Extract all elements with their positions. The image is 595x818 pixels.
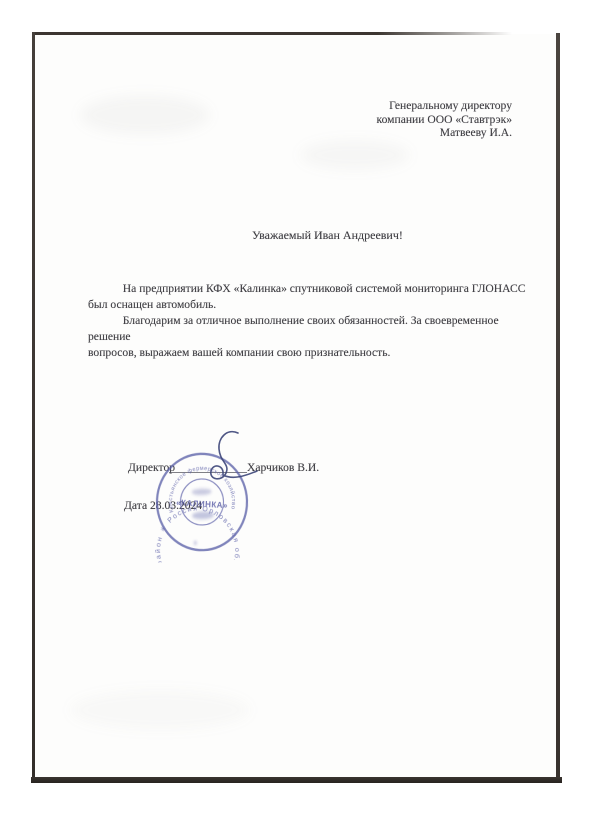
scanned-letter-page: Генеральному директору компании ООО «Ста… bbox=[0, 0, 595, 818]
page-edge-top bbox=[32, 32, 512, 35]
stamp-illegible-marks bbox=[191, 488, 215, 544]
salutation-line: Уважаемый Иван Андреевич! bbox=[252, 228, 403, 243]
page-edge-left bbox=[32, 32, 35, 780]
page-edge-bottom bbox=[31, 777, 562, 783]
paper-sheet bbox=[34, 34, 558, 778]
recipient-block: Генеральному директору компании ООО «Ста… bbox=[377, 99, 512, 140]
letter-body: На предприятии КФХ «Калинка» спутниковой… bbox=[88, 281, 540, 361]
page-edge-right bbox=[556, 33, 560, 780]
handwritten-signature bbox=[185, 429, 263, 491]
